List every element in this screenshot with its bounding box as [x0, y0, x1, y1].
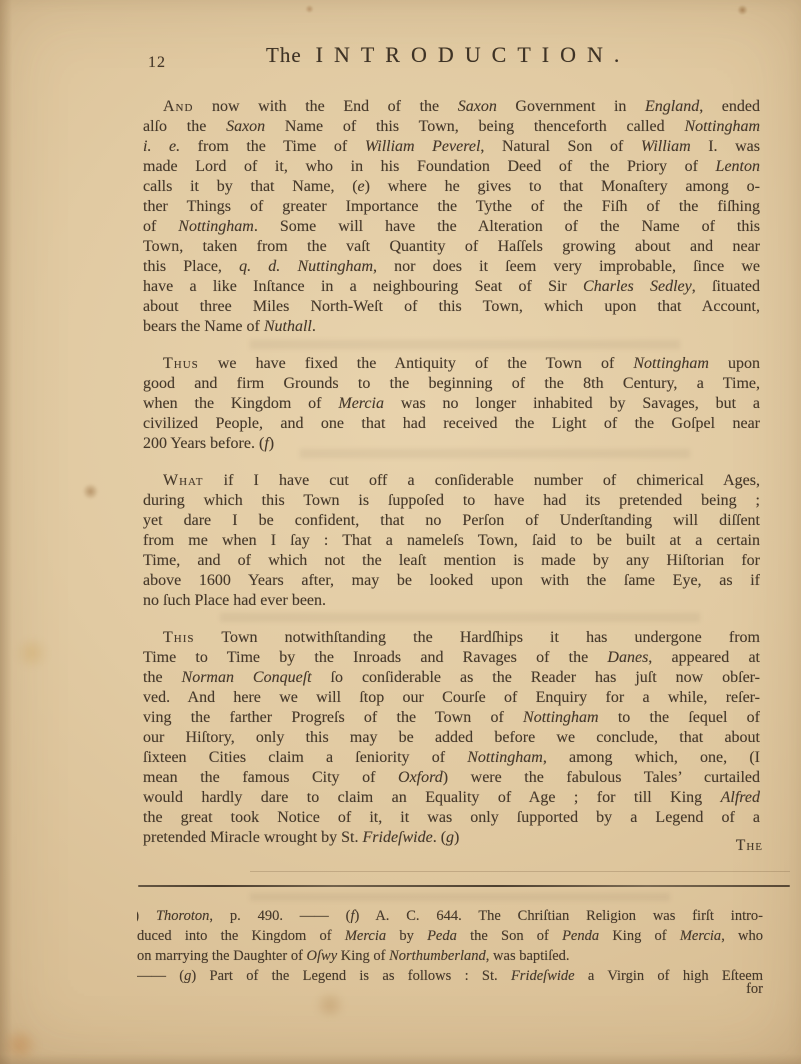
text-line: this Place, q. d. Nuttingham, nor does i…: [143, 257, 760, 277]
paper-stain: [737, 5, 748, 15]
text-line: Town, taken from the vaſt Quantity of Ha…: [143, 237, 760, 257]
text-line: ving the farther Progreſs of the Town of…: [143, 708, 760, 728]
paper-stain: [14, 638, 50, 668]
text-line: i. e. from the Time of William Peverel, …: [143, 137, 760, 157]
paragraph: What if I have cut off a conſiderable nu…: [143, 471, 760, 611]
header-title-the: The: [266, 43, 302, 67]
page-header: TheINTRODUCTION.: [266, 42, 630, 68]
header-title-main: INTRODUCTION.: [316, 42, 631, 67]
text-line: about three Miles North-Weſt of this Tow…: [143, 297, 760, 317]
show-through-rule: [250, 871, 790, 872]
paragraph: Thus we have fixed the Antiquity of the …: [143, 354, 760, 454]
text-line: Time, and of which not the leaſt mention…: [143, 551, 760, 571]
text-line: yet dare I be confident, that no Perſon …: [143, 511, 760, 531]
footnote-rule: [138, 885, 790, 887]
text-line: our Hiſtory, only this may be added befo…: [143, 728, 760, 748]
text-line: of Nottingham. Some will have the Altera…: [143, 217, 760, 237]
text-line: mean the famous City of Oxford) were the…: [143, 768, 760, 788]
catchword-footnote: for: [560, 981, 763, 998]
text-line: Time to Time by the Inroads and Ravages …: [143, 648, 760, 668]
text-line: no ſuch Place had ever been.: [143, 591, 760, 611]
text-line: And now with the End of the Saxon Govern…: [143, 97, 760, 117]
text-line: 200 Years before. (f): [143, 434, 760, 454]
text-line: duced into the Kingdom of Mercia by Peda…: [137, 926, 763, 946]
text-line: civilized People, and one that had recei…: [143, 414, 760, 434]
book-page: 12 TheINTRODUCTION. And now with the End…: [0, 0, 801, 1064]
text-line: on marrying the Daughter of Oſwy King of…: [137, 946, 763, 966]
paper-stain: [82, 484, 99, 499]
text-line: What if I have cut off a conſiderable nu…: [143, 471, 760, 491]
paragraph: And now with the End of the Saxon Govern…: [143, 97, 760, 337]
paragraph: This Town notwithſtanding the Hardſhips …: [143, 628, 760, 848]
text-line: Thus we have fixed the Antiquity of the …: [143, 354, 760, 374]
text-line: the Norman Conqueſt ſo conſiderable as t…: [143, 668, 760, 688]
text-line: the great took Notice of it, it was only…: [143, 808, 760, 828]
footnotes: (e) Thoroton, p. 490. —— (f) A. C. 644. …: [137, 906, 763, 986]
page-edge-shadow-bottom: [0, 1054, 801, 1064]
text-line: during which this Town is ſuppoſed to ha…: [143, 491, 760, 511]
text-line: (e) Thoroton, p. 490. —— (f) A. C. 644. …: [137, 906, 763, 926]
text-line: from me when I ſay : That a nameleſs Tow…: [143, 531, 760, 551]
text-line: would hardly dare to claim an Equality o…: [143, 788, 760, 808]
paper-stain: [305, 5, 314, 13]
text-line: made Lord of it, who in his Foundation D…: [143, 157, 760, 177]
body-text: And now with the End of the Saxon Govern…: [143, 97, 760, 865]
text-line: alſo the Saxon Name of this Town, being …: [143, 117, 760, 137]
page-edge-shadow: [0, 0, 12, 1064]
text-line: ved. And here we will ſtop our Courſe of…: [143, 688, 760, 708]
text-line: This Town notwithſtanding the Hardſhips …: [143, 628, 760, 648]
catchword-main: The: [560, 837, 763, 855]
text-line: ther Things of greater Importance the Ty…: [143, 197, 760, 217]
text-line: good and firm Grounds to the beginning o…: [143, 374, 760, 394]
text-line: when the Kingdom of Mercia was no longer…: [143, 394, 760, 414]
show-through-smudge: [250, 893, 670, 901]
text-line: ſixteen Cities claim a ſeniority of Nott…: [143, 748, 760, 768]
text-line: above 1600 Years after, may be looked up…: [143, 571, 760, 591]
text-line: bears the Name of Nuthall.: [143, 317, 760, 337]
page-number: 12: [148, 54, 166, 72]
text-line: have a like Inſtance in a neighbouring S…: [143, 277, 760, 297]
text-line: calls it by that Name, (e) where he give…: [143, 177, 760, 197]
catchword-main-label: The: [736, 837, 763, 854]
paper-stain: [312, 993, 348, 1017]
